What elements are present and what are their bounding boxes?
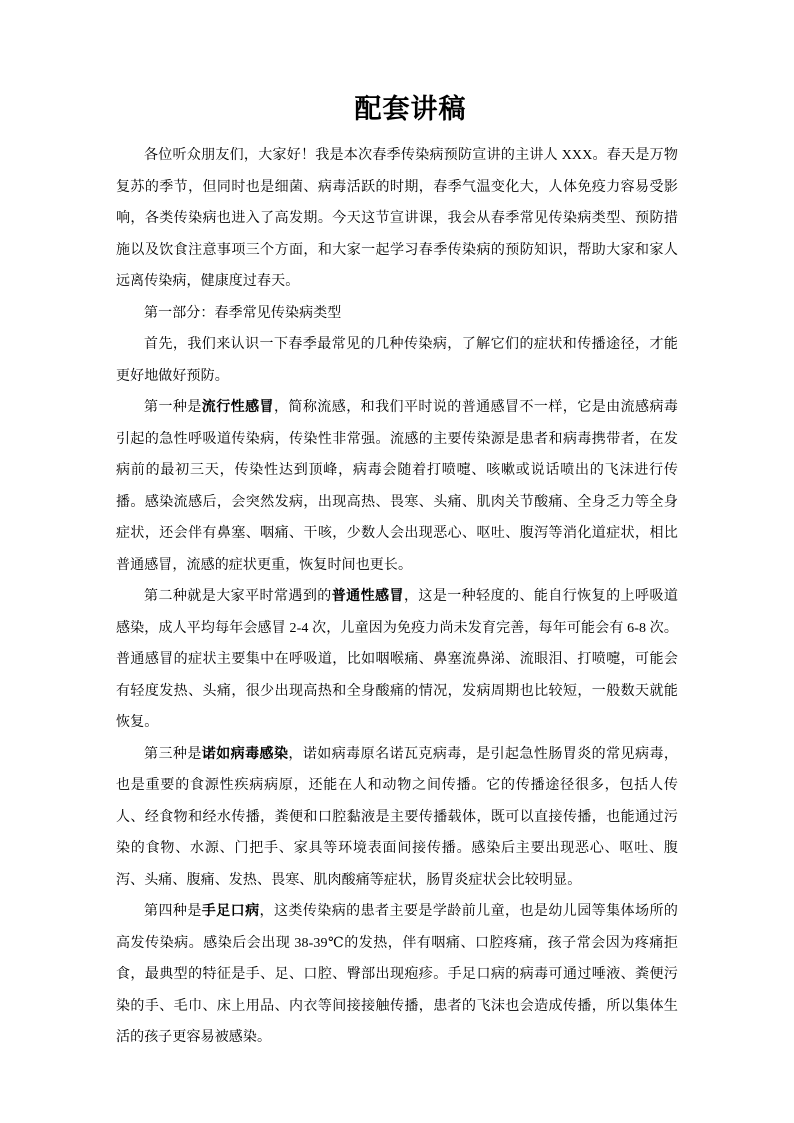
text-run: ，简称流感，和我们平时说的普通感冒不一样，它是由流感病毒引起的急性呼吸道传染病，…: [116, 400, 678, 573]
document-title: 配套讲稿: [116, 88, 678, 130]
text-run: 第二种就是大家平时常遇到的: [144, 589, 332, 604]
document-body: 各位听众朋友们，大家好！我是本次春季传染病预防宣讲的主讲人 XXX。春天是万物复…: [116, 140, 678, 1054]
paragraph: 各位听众朋友们，大家好！我是本次春季传染病预防宣讲的主讲人 XXX。春天是万物复…: [116, 140, 678, 298]
text-run: 第一部分：春季常见传染病类型: [144, 306, 341, 321]
text-run: ，诺如病毒原名诺瓦克病毒，是引起急性肠胃炎的常见病毒，也是重要的食源性疾病病原，…: [116, 747, 678, 888]
text-run: 首先，我们来认识一下春季最常见的几种传染病，了解它们的症状和传播途径，才能更好地…: [116, 337, 678, 384]
text-run: ，这类传染病的患者主要是学龄前儿童，也是幼儿园等集体场所的高发传染病。感染后会出…: [116, 904, 678, 1045]
bold-term: 诺如病毒感染: [202, 747, 289, 762]
paragraph: 第一部分：春季常见传染病类型: [116, 298, 678, 330]
paragraph: 第一种是流行性感冒，简称流感，和我们平时说的普通感冒不一样，它是由流感病毒引起的…: [116, 392, 678, 581]
bold-term: 手足口病: [202, 904, 260, 919]
paragraph: 第三种是诺如病毒感染，诺如病毒原名诺瓦克病毒，是引起急性肠胃炎的常见病毒，也是重…: [116, 739, 678, 897]
text-run: ，这是一种轻度的、能自行恢复的上呼吸道感染，成人平均每年会感冒 2-4 次，儿童…: [116, 589, 678, 730]
paragraph: 第四种是手足口病，这类传染病的患者主要是学龄前儿童，也是幼儿园等集体场所的高发传…: [116, 896, 678, 1054]
bold-term: 普通性感冒: [332, 589, 404, 604]
paragraph: 第二种就是大家平时常遇到的普通性感冒，这是一种轻度的、能自行恢复的上呼吸道感染，…: [116, 581, 678, 739]
bold-term: 流行性感冒: [202, 400, 274, 415]
text-run: 第一种是: [144, 400, 202, 415]
paragraph: 首先，我们来认识一下春季最常见的几种传染病，了解它们的症状和传播途径，才能更好地…: [116, 329, 678, 392]
text-run: 第三种是: [144, 747, 202, 762]
text-run: 各位听众朋友们，大家好！我是本次春季传染病预防宣讲的主讲人 XXX。春天是万物复…: [116, 148, 678, 289]
document-page: 配套讲稿 各位听众朋友们，大家好！我是本次春季传染病预防宣讲的主讲人 XXX。春…: [0, 0, 794, 1123]
text-run: 第四种是: [144, 904, 202, 919]
